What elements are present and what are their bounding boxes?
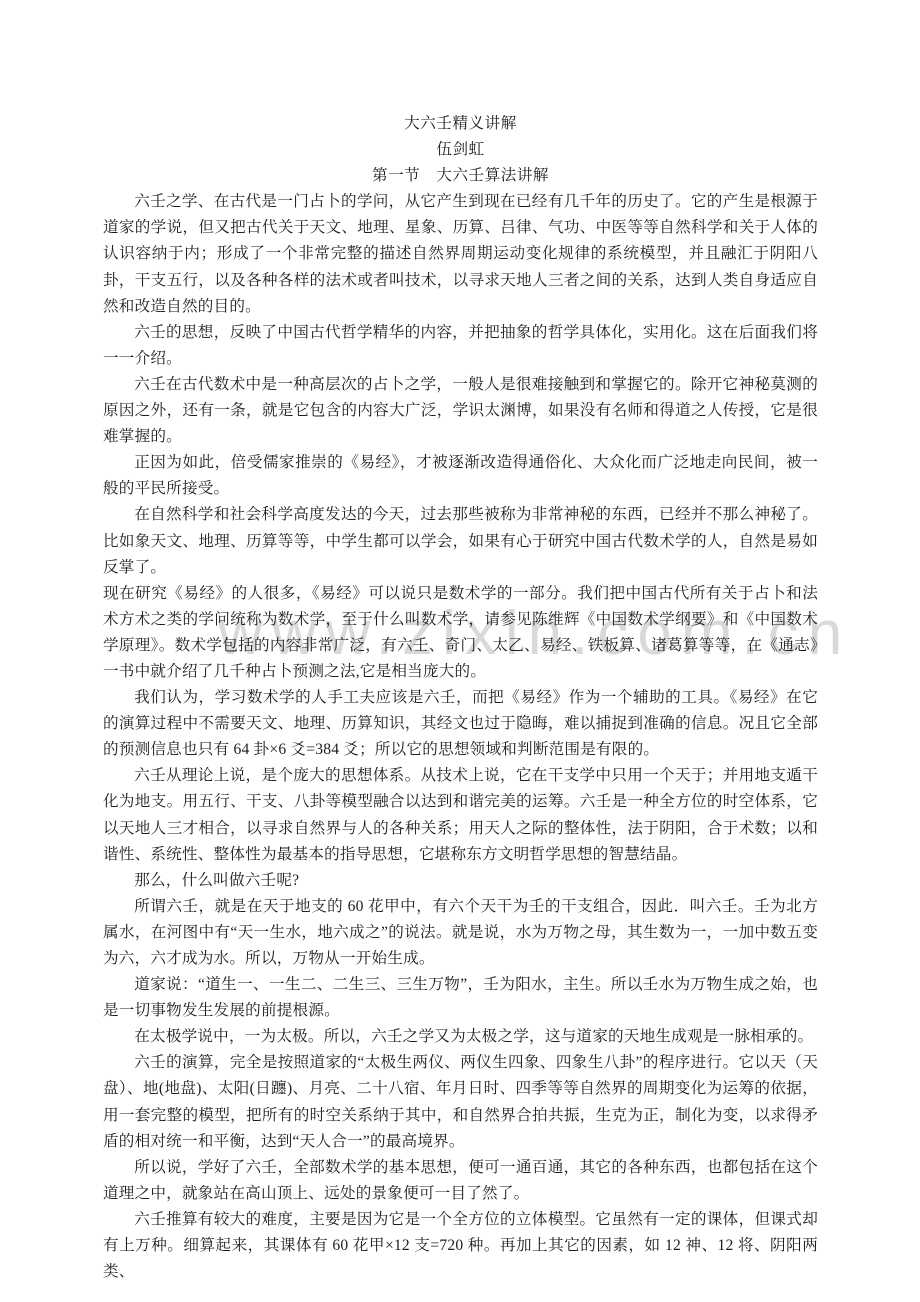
paragraph: 在自然科学和社会科学高度发达的今天，过去那些被称为非常神秘的东西，已经并不那么神… (103, 502, 818, 580)
document-content: 大六壬精义讲解 伍剑虹 第一节 大六壬算法讲解 六壬之学、在古代是一门占卜的学问… (0, 0, 920, 1285)
paragraph: 六壬的思想，反映了中国古代哲学精华的内容，并把抽象的哲学具体化，实用化。这在后面… (103, 320, 818, 372)
paragraph: 六壬推算有较大的难度，主要是因为它是一个全方位的立体模型。它虽然有一定的课体，但… (103, 1207, 818, 1285)
paragraph: 六壬在古代数术中是一种高层次的占卜之学，一般人是很难接触到和掌握它的。除开它神秘… (103, 372, 818, 450)
paragraph: 六壬之学、在古代是一门占卜的学问，从它产生到现在已经有几千年的历史了。它的产生是… (103, 189, 818, 319)
paragraph: 我们认为，学习数术学的人手工夫应该是六壬，而把《易经》作为一个辅助的工具。《易经… (103, 685, 818, 763)
paragraph: 所谓六壬，就是在天于地支的 60 花甲中，有六个天干为壬的干支组合，因此．叫六壬… (103, 894, 818, 972)
paragraph: 所以说，学好了六壬，全部数术学的基本思想，便可一通百通，其它的各种东西，也都包括… (103, 1155, 818, 1207)
doc-title: 大六壬精义讲解 (103, 111, 818, 137)
paragraph: 现在研究《易经》的人很多，《易经》可以说只是数术学的一部分。我们把中国古代所有关… (103, 581, 818, 685)
paragraph: 道家说：“道生一、一生二、二生三、三生万物”，壬为阳水，主生。所以壬水为万物生成… (103, 972, 818, 1024)
paragraph: 正因为如此，倍受儒家推崇的《易经》，才被逐渐改造得通俗化、大众化而广泛地走向民间… (103, 450, 818, 502)
paragraph: 六壬从理论上说，是个庞大的思想体系。从技术上说，它在干支学中只用一个天于；并用地… (103, 763, 818, 867)
paragraph: 在太极学说中，一为太极。所以，六壬之学又为太极之学，这与道家的天地生成观是一脉相… (103, 1024, 818, 1050)
document-page: www.zixin.com.cn 大六壬精义讲解 伍剑虹 第一节 大六壬算法讲解… (0, 0, 920, 1302)
doc-author: 伍剑虹 (103, 137, 818, 163)
paragraph: 六壬的演算，完全是按照道家的“太极生两仪、两仪生四象、四象生八卦”的程序进行。它… (103, 1050, 818, 1154)
paragraph: 那么，什么叫做六壬呢? (103, 868, 818, 894)
section-heading: 第一节 大六壬算法讲解 (103, 163, 818, 189)
